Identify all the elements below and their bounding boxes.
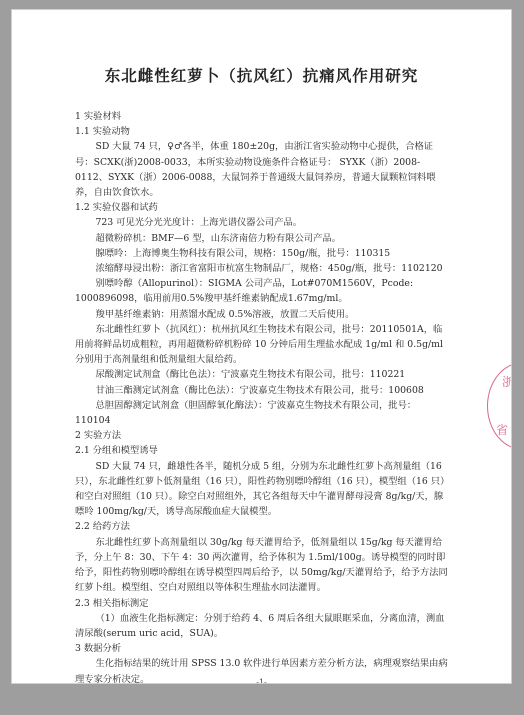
stamp-char: 浙 xyxy=(502,373,512,390)
section-heading: 2 实验方法 xyxy=(75,428,450,443)
paragraph: 腺嘌呤：上海博奥生物科技有限公司，规格：150g/瓶，批号：110315 xyxy=(75,246,450,261)
paragraph: 浓缩酵母浸出粉：浙江省富阳市杭富生物制品厂，规格：450g/瓶，批号：11021… xyxy=(75,261,450,276)
paragraph: 羧甲基纤维素钠：用蒸馏水配成 0.5%溶液，放置二天后使用。 xyxy=(75,307,450,322)
red-seal-stamp: 浙 省 xyxy=(487,362,512,450)
paragraph: 别嘌呤醇（Allopurinol）：SIGMA 公司产品，Lot#070M156… xyxy=(75,276,450,306)
paragraph: 甘油三酯测定试剂盒（酶比色法）：宁波嘉克生物技术有限公司，批号：100608 xyxy=(75,383,450,398)
paragraph: 东北雌性红萝卜（抗风红）：杭州抗风红生物技术有限公司，批号：20110501A，… xyxy=(75,322,450,368)
paragraph: 超微粉碎机：BMF—6 型，山东济南倍力粉有限公司产品。 xyxy=(75,231,450,246)
paragraph: 东北雌性红萝卜高剂量组以 30g/kg 每天灌胃给予，低剂量组以 15g/kg … xyxy=(75,535,450,596)
subsection-heading: 2.3 相关指标测定 xyxy=(75,596,450,611)
document-body: 1 实验材料 1.1 实验动物 SD 大鼠 74 只，♀♂各半，体重 180±2… xyxy=(75,109,450,684)
section-heading: 1 实验材料 xyxy=(75,109,450,124)
subsection-heading: 1.1 实验动物 xyxy=(75,124,450,139)
stamp-char: 省 xyxy=(496,421,508,438)
subsection-heading: 2.2 给药方法 xyxy=(75,519,450,534)
paragraph: 尿酸测定试剂盒（酶比色法）：宁波嘉克生物技术有限公司，批号：110221 xyxy=(75,367,450,382)
document-title: 东北雌性红萝卜（抗风红）抗痛风作用研究 xyxy=(12,64,511,86)
paragraph: 723 可见光分光光度计：上海光谱仪器公司产品。 xyxy=(75,215,450,230)
paragraph: SD 大鼠 74 只，♀♂各半，体重 180±20g，由浙江省实验动物中心提供，… xyxy=(75,139,450,200)
page-number: -1- xyxy=(12,678,511,684)
subsection-heading: 1.2 实验仪器和试药 xyxy=(75,200,450,215)
paragraph: （1）血液生化指标测定：分别于给药 4、6 周后各组大鼠眼眶采血，分离血清，测血… xyxy=(75,611,450,641)
section-heading: 3 数据分析 xyxy=(75,641,450,656)
subsection-heading: 2.1 分组和模型诱导 xyxy=(75,443,450,458)
document-page: 东北雌性红萝卜（抗风红）抗痛风作用研究 1 实验材料 1.1 实验动物 SD 大… xyxy=(11,9,512,684)
paragraph: SD 大鼠 74 只，雌雄性各半，随机分成 5 组，分别为东北雌性红萝卜高剂量组… xyxy=(75,459,450,520)
paragraph: 总胆固醇测定试剂盒（胆固醇氧化酶法）：宁波嘉克生物技术有限公司，批号：11010… xyxy=(75,398,450,428)
